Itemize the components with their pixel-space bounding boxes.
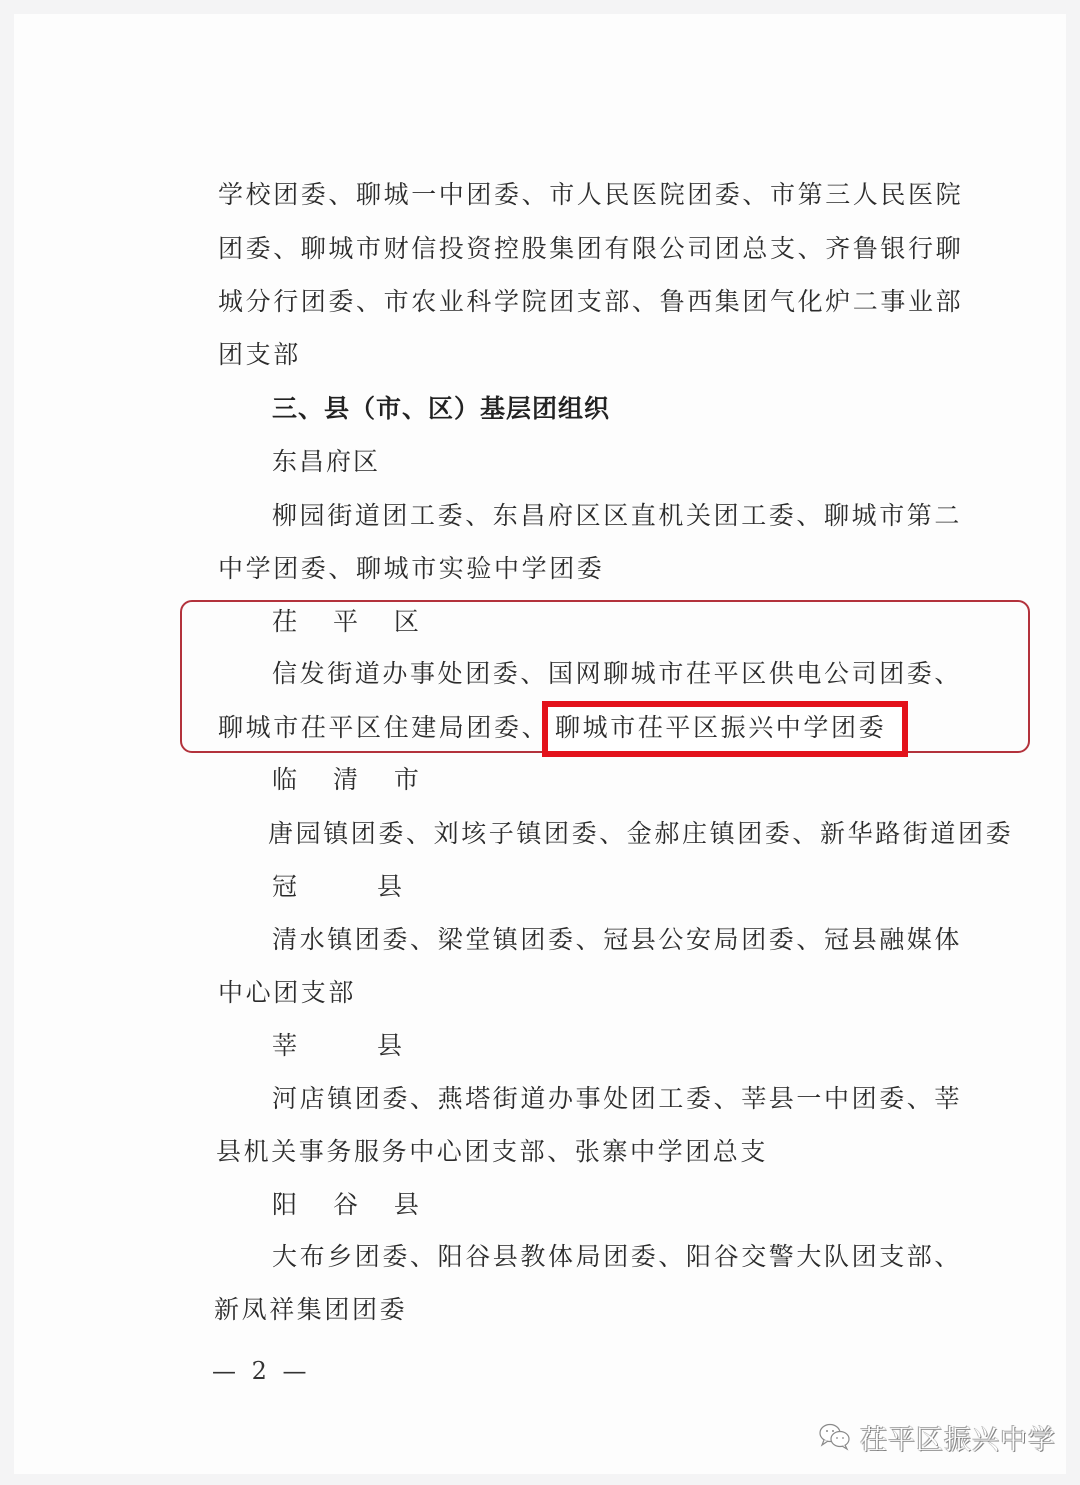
org-list-line: 县机关事务服务中心团支部、张寨中学团总支 [216, 1135, 768, 1169]
county-name-yanggu: 阳 谷 县 [272, 1188, 433, 1222]
page-number: — 2 — [212, 1356, 311, 1386]
org-list-line: 信发街道办事处团委、国网聊城市茌平区供电公司团委、 [272, 657, 962, 691]
paragraph-line: 团委、聊城市财信投资控股集团有限公司团总支、齐鲁银行聊 [218, 232, 963, 266]
paragraph-line: 学校团委、聊城一中团委、市人民医院团委、市第三人民医院 [218, 178, 963, 212]
org-list-line: 新凤祥集团团委 [214, 1293, 407, 1327]
org-list-line: 中学团委、聊城市实验中学团委 [218, 552, 604, 586]
paragraph-line: 团支部 [218, 338, 301, 372]
county-name-linqing: 临 清 市 [272, 763, 433, 797]
paragraph-line: 城分行团委、市农业科学院团支部、鲁西集团气化炉二事业部 [218, 285, 963, 319]
highlighted-org-name: 聊城市茌平区振兴中学团委 [555, 711, 886, 745]
org-list-line: 唐园镇团委、刘垓子镇团委、金郝庄镇团委、新华路街道团委 [268, 817, 1013, 851]
county-name-shenxian: 莘 县 [272, 1029, 412, 1063]
org-list-line: 河店镇团委、燕塔街道办事处团工委、莘县一中团委、莘 [272, 1082, 962, 1116]
org-list-line: 聊城市茌平区住建局团委、 [218, 711, 549, 745]
wechat-icon [818, 1422, 852, 1452]
org-list-line: 大布乡团委、阳谷县教体局团委、阳谷交警大队团支部、 [272, 1240, 962, 1274]
org-list-line: 清水镇团委、梁堂镇团委、冠县公安局团委、冠县融媒体 [272, 923, 962, 957]
county-name-dongchangfu: 东昌府区 [272, 445, 380, 479]
section-heading: 三、县（市、区）基层团组织 [272, 392, 610, 426]
county-name-guanxian: 冠 县 [272, 870, 412, 904]
wechat-watermark: 茌平区振兴中学 [818, 1414, 1056, 1460]
watermark-text: 茌平区振兴中学 [860, 1418, 1056, 1457]
org-list-line: 柳园街道团工委、东昌府区区直机关团工委、聊城市第二 [272, 499, 962, 533]
org-list-line: 中心团支部 [218, 976, 356, 1010]
county-name-chiping: 茌 平 区 [272, 605, 433, 639]
